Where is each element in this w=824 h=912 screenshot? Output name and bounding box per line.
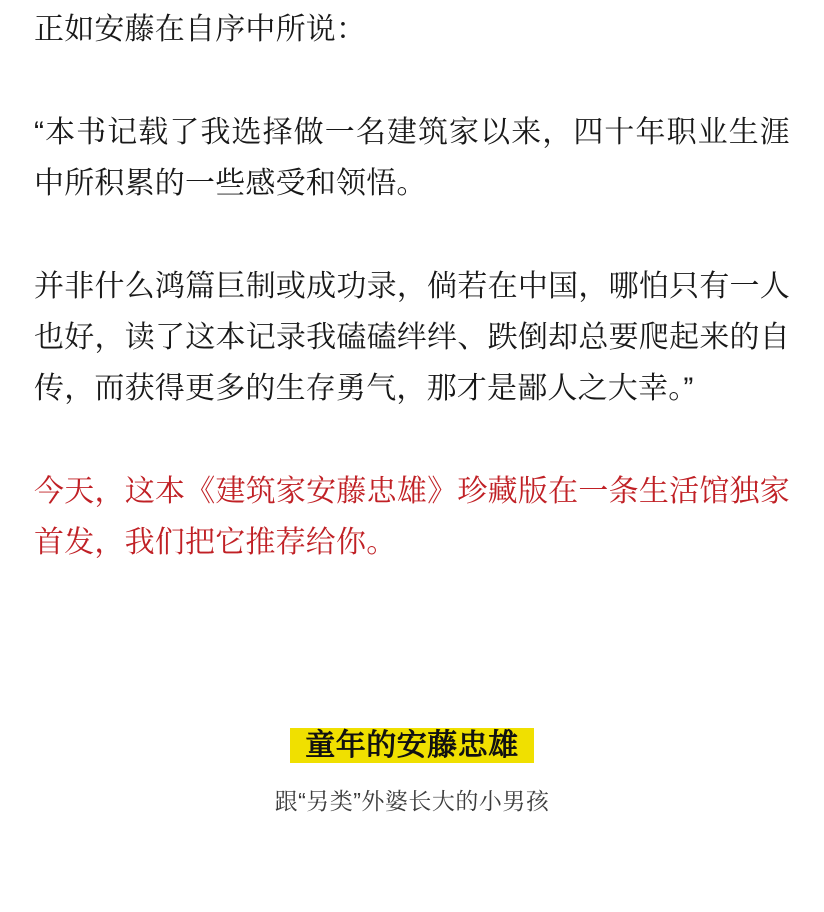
quote-paragraph-2: 并非什么鸿篇巨制或成功录，倘若在中国，哪怕只有一人也好，读了这本记录我磕磕绊绊、…	[34, 261, 790, 414]
promo-paragraph: 今天，这本《建筑家安藤忠雄》珍藏版在一条生活馆独家首发，我们把它推荐给你。	[34, 466, 790, 568]
section-subtitle: 跟“另类”外婆长大的小男孩	[34, 785, 790, 817]
quote-paragraph-1: “本书记载了我选择做一名建筑家以来，四十年职业生涯中所积累的一些感受和领悟。	[34, 107, 790, 209]
section-title-highlighted: 童年的安藤忠雄	[290, 728, 534, 763]
article-body: 正如安藤在自序中所说： “本书记载了我选择做一名建筑家以来，四十年职业生涯中所积…	[0, 0, 824, 817]
section-heading-block: 童年的安藤忠雄 跟“另类”外婆长大的小男孩	[34, 728, 790, 817]
intro-paragraph: 正如安藤在自序中所说：	[34, 4, 790, 55]
